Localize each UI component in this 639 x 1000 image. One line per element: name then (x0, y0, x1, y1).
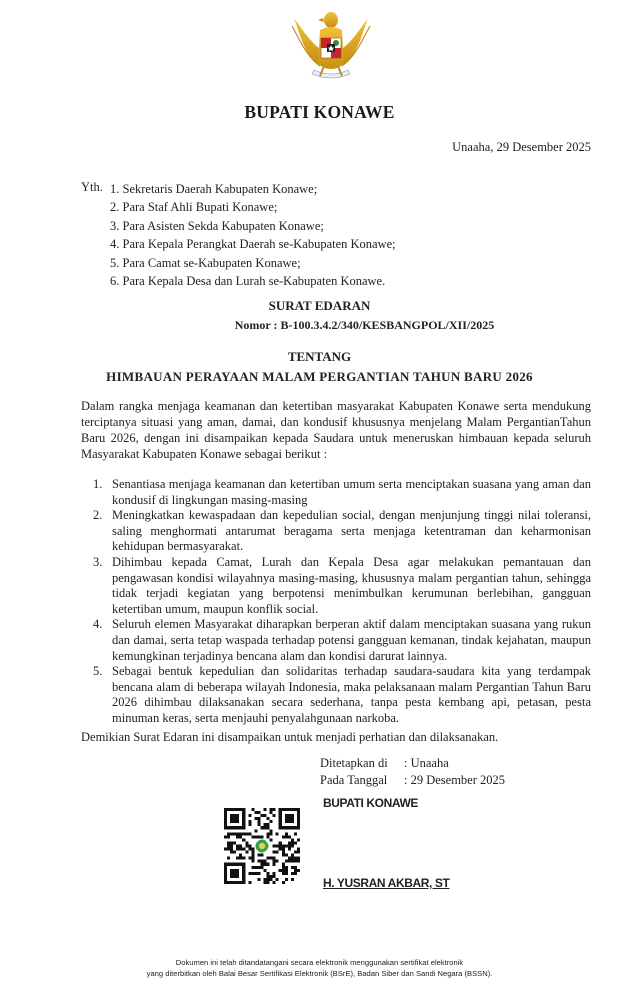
item-text: Seluruh elemen Masyarakat diharapkan ber… (112, 617, 591, 662)
addressee-label: Yth. (81, 180, 103, 195)
qr-code-icon (224, 808, 300, 884)
instruction-list: 1.Senantiasa menjaga keamanan dan ketert… (96, 477, 591, 727)
date-label: Pada Tanggal (320, 772, 404, 789)
footer-line: Dokumen ini telah ditandatangani secara … (0, 957, 639, 968)
letter-subject: HIMBAUAN PERAYAAN MALAM PERGANTIAN TAHUN… (0, 369, 639, 385)
place-label: Ditetapkan di (320, 755, 404, 772)
page-title: BUPATI KONAWE (0, 102, 639, 123)
instruction-item: 3.Dihimbau kepada Camat, Lurah dan Kepal… (96, 555, 591, 617)
issuance-details: Ditetapkan di: Unaaha Pada Tanggal: 29 D… (320, 755, 505, 789)
item-text: Senantiasa menjaga keamanan dan ketertib… (112, 477, 591, 507)
addressee-list: 1. Sekretaris Daerah Kabupaten Konawe; 2… (110, 180, 396, 290)
item-text: Sebagai bentuk kepedulian dan solidarita… (112, 664, 591, 725)
intro-paragraph: Dalam rangka menjaga keamanan dan ketert… (81, 398, 591, 462)
item-number: 2. (93, 508, 102, 524)
about-label: TENTANG (0, 349, 639, 365)
addressee-item: 1. Sekretaris Daerah Kabupaten Konawe; (110, 180, 396, 198)
footer-line: yang diterbitkan oleh Balai Besar Sertif… (0, 968, 639, 979)
letter-type: SURAT EDARAN (0, 298, 639, 314)
date-value: : 29 Desember 2025 (404, 772, 505, 789)
item-number: 3. (93, 555, 102, 571)
item-number: 4. (93, 617, 102, 633)
addressee-item: 3. Para Asisten Sekda Kabupaten Konawe; (110, 217, 396, 235)
signatory-position: BUPATI KONAWE (323, 796, 418, 810)
e-signature-footer: Dokumen ini telah ditandatangani secara … (0, 957, 639, 979)
addressee-item: 4. Para Kepala Perangkat Daerah se-Kabup… (110, 235, 396, 253)
place-date: Unaaha, 29 Desember 2025 (452, 140, 591, 155)
garuda-emblem-icon (290, 4, 372, 90)
addressee-item: 6. Para Kepala Desa dan Lurah se-Kabupat… (110, 272, 396, 290)
instruction-item: 1.Senantiasa menjaga keamanan dan ketert… (96, 477, 591, 508)
addressee-item: 5. Para Camat se-Kabupaten Konawe; (110, 254, 396, 272)
item-number: 1. (93, 477, 102, 493)
closing-sentence: Demikian Surat Edaran ini disampaikan un… (81, 730, 498, 745)
instruction-item: 2.Meningkatkan kewaspadaan dan kepedulia… (96, 508, 591, 555)
addressee-item: 2. Para Staf Ahli Bupati Konawe; (110, 198, 396, 216)
letter-number: Nomor : B-100.3.4.2/340/KESBANGPOL/XII/2… (0, 318, 639, 333)
place-value: : Unaaha (404, 755, 449, 772)
signatory-name: H. YUSRAN AKBAR, ST (323, 876, 449, 890)
item-number: 5. (93, 664, 102, 680)
item-text: Dihimbau kepada Camat, Lurah dan Kepala … (112, 555, 591, 616)
instruction-item: 4.Seluruh elemen Masyarakat diharapkan b… (96, 617, 591, 664)
instruction-item: 5.Sebagai bentuk kepedulian dan solidari… (96, 664, 591, 726)
item-text: Meningkatkan kewaspadaan dan kepedulian … (112, 508, 591, 553)
